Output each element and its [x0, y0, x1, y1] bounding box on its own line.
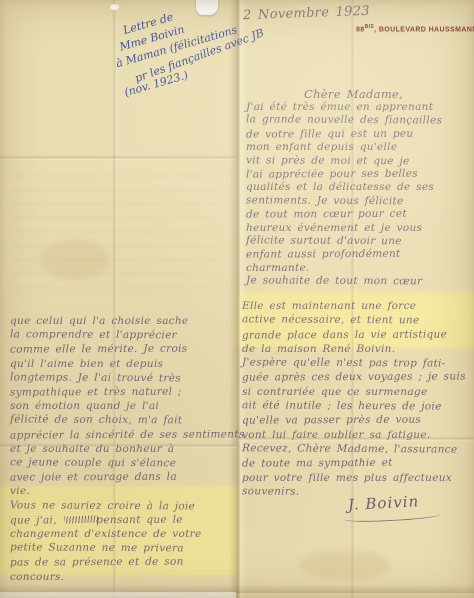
handwritten-line: qu'elle va passer près de vous — [242, 413, 472, 429]
handwritten-line: de la maison René Boivin. — [242, 342, 472, 356]
bottom-edge-sliver — [0, 592, 236, 598]
letterhead-street: , Boulevard Haussmann — [374, 26, 474, 33]
handwritten-line: qualités et la délicatesse de ses — [246, 181, 472, 194]
handwritten-line: son émotion quand je l'ai — [10, 399, 238, 413]
handwritten-line: guée après ces deux voyages ; je suis — [242, 370, 472, 386]
handwritten-line: Je souhaite de tout mon cœur — [246, 275, 472, 290]
date-handwritten: 2 Novembre 1923 — [243, 4, 370, 23]
handwritten-line: active nécessaire, et tient une — [242, 313, 472, 329]
handwritten-line: si contrariée que ce surmenage — [242, 385, 472, 399]
salutation: Chère Madame, — [304, 87, 403, 101]
handwritten-line: heureux événement et je vous — [246, 222, 472, 235]
handwritten-line: sympathique et très naturel ; — [10, 384, 238, 399]
handwritten-line: que j'ai, pensant que le — [10, 512, 238, 527]
handwritten-line: avec joie et courage dans la — [10, 470, 238, 485]
handwritten-line: enfant aussi profondément — [246, 248, 472, 263]
paper-speck — [110, 4, 119, 10]
handwritten-line: vit si près de moi et que je — [246, 154, 472, 169]
handwritten-line: pour votre fille mes plus affectueux — [242, 471, 472, 485]
letter-body-right-upper: J'ai été très émue en apprenantla grande… — [246, 101, 472, 289]
handwritten-line: changement d'existence de votre — [10, 527, 238, 541]
paper-stain — [300, 550, 390, 580]
paper-stain — [40, 240, 110, 280]
handwritten-line: et je souhaite du bonheur à — [10, 442, 238, 456]
strikethrough-scribble — [64, 515, 98, 523]
handwritten-line: Elle est maintenant une force — [242, 299, 472, 313]
handwritten-line: comme elle le mérite. Je crois — [10, 342, 238, 357]
letterhead-address: 88bis, Boulevard Haussmann — [356, 24, 474, 33]
handwritten-line: de votre fille qui est un peu — [246, 127, 472, 142]
handwritten-line: longtemps. Je l'ai trouvé très — [10, 370, 238, 386]
ink-bleedthrough — [12, 175, 217, 300]
left-page-horizontal-crease — [0, 155, 236, 161]
letter-scan: Lettre deMme Boivinà Maman (félicitation… — [0, 0, 474, 598]
handwritten-line: mon enfant depuis qu'elle — [246, 141, 472, 154]
handwritten-line: de tout mon cœur pour cet — [246, 208, 472, 223]
letterhead-number: 88 — [356, 26, 365, 33]
handwritten-line: la grande nouvelle des fiançailles — [246, 114, 472, 129]
handwritten-line: concours. — [10, 570, 238, 584]
handwritten-line: félicité de son choix, m'a fait — [10, 413, 238, 429]
letter-body-left: que celui qui l'a choisie sachela compre… — [10, 314, 238, 584]
handwritten-line: de toute ma sympathie et — [242, 456, 472, 472]
torn-notch — [196, 0, 218, 15]
handwritten-line: l'ai appréciée pour ses belles — [246, 167, 472, 182]
handwritten-line: charmante. — [246, 262, 472, 275]
handwritten-line: vie. — [10, 484, 238, 498]
handwritten-line: apprécier la sincérité de ses sentiments — [10, 427, 238, 442]
handwritten-line: que celui qui l'a choisie sache — [10, 314, 238, 328]
handwritten-line: Vous ne sauriez croire à la joie — [10, 498, 238, 514]
letter-body-right-lower: Elle est maintenant une forceactive néce… — [242, 299, 472, 499]
handwritten-line: J'ai été très émue en apprenant — [246, 101, 472, 114]
letterhead-number-suffix: bis — [365, 24, 375, 30]
signature: J. Boivin — [348, 492, 420, 514]
handwritten-line: vont lui faire oublier sa fatigue. — [242, 428, 472, 442]
handwritten-line: grande place dans la vie artistique — [242, 327, 472, 343]
handwritten-line: pas de sa présence et de son — [10, 555, 238, 570]
handwritten-line: qu'il l'aime bien et depuis — [10, 357, 238, 371]
